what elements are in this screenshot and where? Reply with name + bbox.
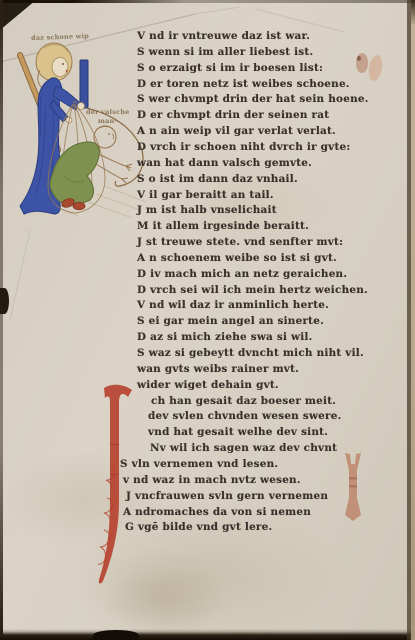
manuscript-line: S o ist im dann daz vnhail. bbox=[137, 173, 298, 185]
manuscript-page: daz schone wip der valsche man· V nd ir … bbox=[0, 0, 415, 640]
manuscript-line: wan gvts weibs rainer mvt. bbox=[137, 363, 299, 375]
text-block: V nd ir vntreuwe daz ist war.S wenn si i… bbox=[0, 0, 415, 640]
manuscript-line: J vncfrauwen svln gern vernemen bbox=[126, 490, 328, 502]
manuscript-line: S o erzaigt si im ir boesen list: bbox=[137, 62, 323, 74]
manuscript-line: D iv mach mich an netz geraichen. bbox=[137, 268, 347, 280]
faded-red-I-ornament bbox=[342, 451, 364, 523]
manuscript-line: S waz si gebeytt dvncht mich niht vil. bbox=[137, 347, 364, 359]
manuscript-line: J m ist halb vnselichait bbox=[137, 204, 277, 216]
manuscript-line: Nv wil ich sagen waz dev chvnt bbox=[150, 442, 337, 454]
manuscript-line: S wenn si im aller liebest ist. bbox=[137, 46, 313, 58]
manuscript-line: D er toren netz ist weibes schoene. bbox=[137, 78, 350, 90]
manuscript-line: wider wiget dehain gvt. bbox=[137, 379, 279, 391]
manuscript-line: S vln vernemen vnd lesen. bbox=[120, 458, 278, 470]
manuscript-line: J st treuwe stete. vnd senfter mvt: bbox=[137, 236, 343, 248]
manuscript-line: dev svlen chvnden wesen swere. bbox=[148, 410, 341, 422]
red-stain-dark-dot bbox=[357, 56, 361, 61]
manuscript-line: M it allem irgesinde beraitt. bbox=[137, 220, 309, 232]
manuscript-line: V il gar beraitt an tail. bbox=[137, 189, 274, 201]
manuscript-line: D vrch ir schoen niht dvrch ir gvte: bbox=[137, 141, 350, 153]
manuscript-line: A ndromaches da von si nemen bbox=[123, 506, 311, 518]
manuscript-line: G vgē bilde vnd gvt lere. bbox=[125, 521, 272, 533]
manuscript-line: v nd waz in mach nvtz wesen. bbox=[123, 474, 301, 486]
manuscript-line: S ei gar mein angel an sinerte. bbox=[137, 315, 324, 327]
manuscript-line: wan hat dann valsch gemvte. bbox=[137, 157, 312, 169]
manuscript-line: V nd ir vntreuwe daz ist war. bbox=[137, 30, 310, 42]
manuscript-line: ch han gesait daz boeser meit. bbox=[151, 395, 336, 407]
red-marginal-penwork bbox=[96, 462, 122, 568]
manuscript-line: A n schoenem weibe so ist si gvt. bbox=[137, 252, 337, 264]
manuscript-line: D az si mich ziehe swa si wil. bbox=[137, 331, 313, 343]
manuscript-line: vnd hat gesait welhe dev sint. bbox=[148, 426, 328, 438]
manuscript-line: S wer chvmpt drin der hat sein hoene. bbox=[137, 93, 369, 105]
manuscript-line: V nd wil daz ir anminlich herte. bbox=[137, 299, 329, 311]
manuscript-line: A n ain weip vil gar verlat verlat. bbox=[137, 125, 336, 137]
manuscript-line: D er chvmpt drin der seinen rat bbox=[137, 109, 329, 121]
manuscript-line: D vrch sei wil ich mein hertz weichen. bbox=[137, 284, 368, 296]
